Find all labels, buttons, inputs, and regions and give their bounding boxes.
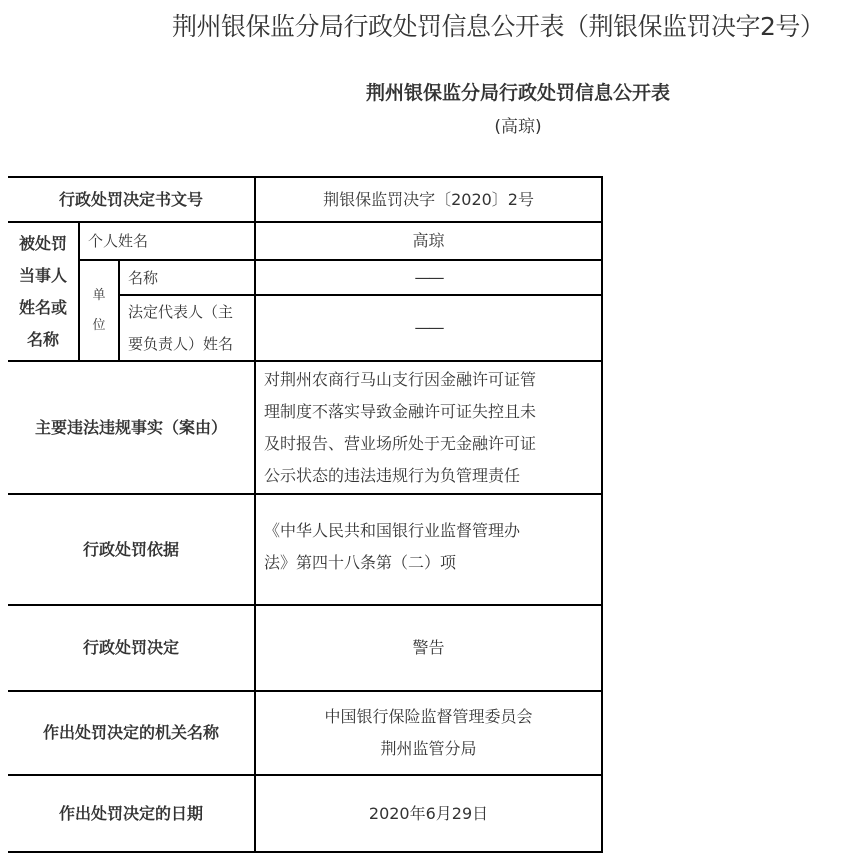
violation-facts-label: 主要违法违规事实（案由）	[8, 361, 255, 494]
legal-rep-label: 法定代表人（主 要负责人）姓名	[119, 295, 255, 361]
unit-label: 单 位	[79, 260, 119, 361]
table-row-legal-basis: 行政处罚依据 《中华人民共和国银行业监督管理办 法》第四十八条第（二）项	[8, 494, 602, 605]
individual-name-value: 高琼	[255, 222, 602, 260]
legal-rep-label-line: 法定代表人（主	[128, 296, 254, 328]
violation-facts-line: 理制度不落实导致金融许可证失控且未	[264, 396, 597, 428]
table-row-unit-name: 单 位 名称 ——	[8, 260, 602, 295]
violation-facts-value: 对荆州农商行马山支行因金融许可证管 理制度不落实导致金融许可证失控且未 及时报告…	[255, 361, 602, 494]
legal-rep-dash: ——	[415, 318, 443, 337]
decision-number-value: 荆银保监罚决字〔2020〕2号	[255, 177, 602, 222]
violation-facts-line: 及时报告、营业场所处于无金融许可证	[264, 428, 597, 460]
legal-basis-value: 《中华人民共和国银行业监督管理办 法》第四十八条第（二）项	[255, 494, 602, 605]
page-title: 荆州银保监分局行政处罚信息公开表（荆银保监罚决字2号）	[172, 10, 824, 44]
table-row-violation-facts: 主要违法违规事实（案由） 对荆州农商行马山支行因金融许可证管 理制度不落实导致金…	[8, 361, 602, 494]
unit-label-line: 单	[80, 281, 118, 311]
document-heading: 荆州银保监分局行政处罚信息公开表	[0, 80, 861, 106]
authority-line: 中国银行保险监督管理委员会	[256, 701, 601, 733]
legal-rep-label-line: 要负责人）姓名	[128, 328, 254, 360]
table-row-decision: 行政处罚决定 警告	[8, 605, 602, 691]
violation-facts-line: 公示状态的违法违规行为负管理责任	[264, 460, 597, 492]
penalty-info-table: 行政处罚决定书文号 荆银保监罚决字〔2020〕2号 被处罚 当事人 姓名或 名称…	[8, 176, 603, 853]
date-label: 作出处罚决定的日期	[8, 775, 255, 852]
table-row-decision-number: 行政处罚决定书文号 荆银保监罚决字〔2020〕2号	[8, 177, 602, 222]
legal-rep-value: ——	[255, 295, 602, 361]
table-row-authority: 作出处罚决定的机关名称 中国银行保险监督管理委员会 荆州监管分局	[8, 691, 602, 775]
table-row-individual-name: 被处罚 当事人 姓名或 名称 个人姓名 高琼	[8, 222, 602, 260]
authority-value: 中国银行保险监督管理委员会 荆州监管分局	[255, 691, 602, 775]
party-label-line: 被处罚	[8, 228, 78, 260]
party-label: 被处罚 当事人 姓名或 名称	[8, 222, 79, 361]
authority-line: 荆州监管分局	[256, 733, 601, 765]
violation-facts-line: 对荆州农商行马山支行因金融许可证管	[264, 364, 597, 396]
unit-name-dash: ——	[415, 268, 443, 287]
date-value: 2020年6月29日	[255, 775, 602, 852]
legal-basis-label: 行政处罚依据	[8, 494, 255, 605]
legal-basis-line: 《中华人民共和国银行业监督管理办	[264, 515, 597, 547]
table-row-date: 作出处罚决定的日期 2020年6月29日	[8, 775, 602, 852]
unit-name-label: 名称	[119, 260, 255, 295]
unit-label-line: 位	[80, 311, 118, 341]
document-subheading: (高琼)	[0, 115, 861, 139]
legal-basis-line: 法》第四十八条第（二）项	[264, 547, 597, 579]
party-label-line: 名称	[8, 324, 78, 356]
decision-value: 警告	[255, 605, 602, 691]
party-label-line: 姓名或	[8, 292, 78, 324]
decision-label: 行政处罚决定	[8, 605, 255, 691]
decision-number-label: 行政处罚决定书文号	[8, 177, 255, 222]
individual-name-label: 个人姓名	[79, 222, 255, 260]
unit-name-value: ——	[255, 260, 602, 295]
authority-label: 作出处罚决定的机关名称	[8, 691, 255, 775]
party-label-line: 当事人	[8, 260, 78, 292]
